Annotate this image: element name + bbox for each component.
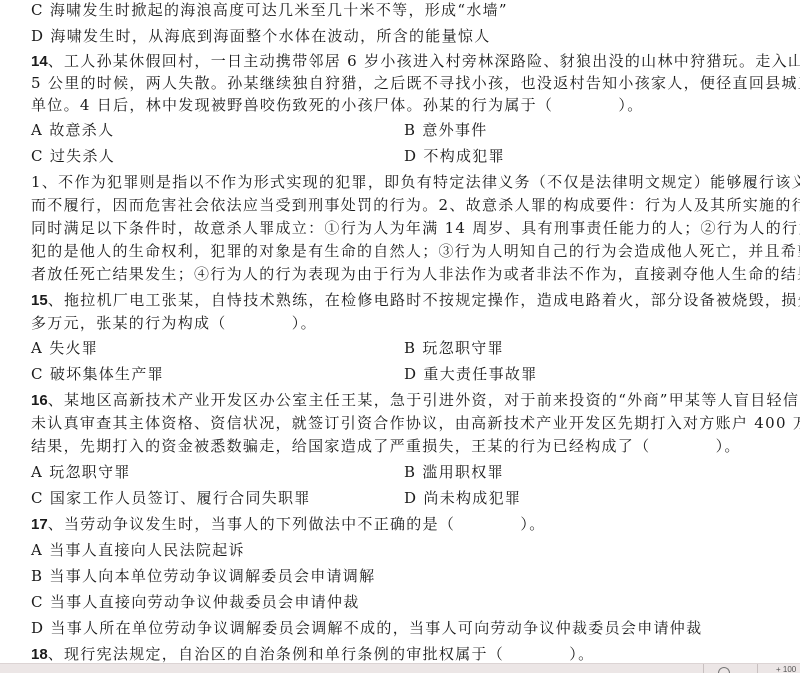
q15-stem-line-1: 15、拖拉机厂电工张某，自恃技术熟练，在检修电路时不按规定操作，造成电路着火，部… <box>31 290 800 311</box>
q17-option-d: D 当事人所在单位劳动争议调解委员会调解不成的，当事人可向劳动争议仲裁委员会申请… <box>31 618 702 638</box>
q17-option-a: A 当事人直接向人民法院起诉 <box>31 540 245 560</box>
status-separator <box>757 664 758 673</box>
question-number: 15 <box>31 292 48 309</box>
question-number: 16 <box>31 392 48 409</box>
q16-stem-line-3: 结果，先期打入的资金被悉数骗走，给国家造成了严重损失，王某的行为已经构成了（ ）… <box>31 436 741 456</box>
view-mode-icon[interactable] <box>718 667 730 673</box>
q16-option-b: B 滥用职权罪 <box>404 462 504 482</box>
q18-stem-line-1: 18、现行宪法规定，自治区的自治条例和单行条例的审批权属于（ ）。 <box>31 644 594 665</box>
q17-stem-line-1: 17、当劳动争议发生时，当事人的下列做法中不正确的是（ ）。 <box>31 514 546 535</box>
q14-stem-line-1: 14、工人孙某休假回村，一日主动携带邻居 6 岁小孩进入村旁林深路险、豺狼出没的… <box>31 51 800 72</box>
q17-option-c: C 当事人直接向劳动争议仲裁委员会申请仲裁 <box>31 592 360 612</box>
zoom-level[interactable]: + 100 <box>776 665 796 673</box>
q13-option-c: C 海啸发生时掀起的海浪高度可达几米至几十米不等，形成“水墙” <box>31 0 508 20</box>
q15-option-a: A 失火罪 <box>31 338 98 358</box>
q14-option-b: B 意外事件 <box>404 120 488 140</box>
q14-option-a: A 故意杀人 <box>31 120 114 140</box>
q15-stem-text: 、拖拉机厂电工张某，自恃技术熟练，在检修电路时不按规定操作，造成电路着火，部分设… <box>48 291 800 309</box>
q17-option-b: B 当事人向本单位劳动争议调解委员会申请调解 <box>31 566 375 586</box>
explanation-line-3: 同时满足以下条件时，故意杀人罪成立：①行为人为年满 14 周岁、具有刑事责任能力… <box>31 218 800 238</box>
q14-stem-line-3: 单位。4 日后，林中发现被野兽咬伤致死的小孩尸体。孙某的行为属于（ ）。 <box>31 95 644 115</box>
q14-option-d: D 不构成犯罪 <box>404 146 505 166</box>
q16-option-a: A 玩忽职守罪 <box>31 462 131 482</box>
explanation-line-4: 犯的是他人的生命权利，犯罪的对象是有生命的自然人；③行为人明知自己的行为会造成他… <box>31 241 800 261</box>
question-number: 14 <box>31 53 48 70</box>
q16-stem-line-2: 未认真审查其主体资格、资信状况，就签订引资合作协议，由高新技术产业开发区先期打入… <box>31 413 800 433</box>
q16-stem-line-1: 16、某地区高新技术产业开发区办公室主任王某，急于引进外资，对于前来投资的“外商… <box>31 390 800 411</box>
q18-stem-text: 、现行宪法规定，自治区的自治条例和单行条例的审批权属于（ ）。 <box>48 645 595 663</box>
q15-stem-line-2: 多万元，张某的行为构成（ ）。 <box>31 313 317 333</box>
q13-option-d: D 海啸发生时，从海底到海面整个水体在波动，所含的能量惊人 <box>31 26 491 46</box>
q16-option-c: C 国家工作人员签订、履行合同失职罪 <box>31 488 311 508</box>
question-number: 18 <box>31 646 48 663</box>
status-separator <box>703 664 704 673</box>
q16-stem-text: 、某地区高新技术产业开发区办公室主任王某，急于引进外资，对于前来投资的“外商”甲… <box>48 391 800 409</box>
q15-option-c: C 破坏集体生产罪 <box>31 364 164 384</box>
explanation-line-1: 1、不作为犯罪则是指以不作为形式实现的犯罪，即负有特定法律义务（不仅是法律明文规… <box>31 172 800 192</box>
explanation-line-5: 者放任死亡结果发生；④行为人的行为表现为由于行为人非法作为或者非法不作为，直接剥… <box>31 264 800 284</box>
question-number: 17 <box>31 516 48 533</box>
explanation-line-2: 而不履行，因而危害社会依法应当受到刑事处罚的行为。2、故意杀人罪的构成要件：行为… <box>31 195 800 215</box>
q14-stem-line-2: 5 公里的时候，两人失散。孙某继续独自狩猎，之后既不寻找小孩，也没返村告知小孩家… <box>31 73 800 93</box>
status-bar: + 100 <box>0 663 800 673</box>
q15-option-d: D 重大责任事故罪 <box>404 364 538 384</box>
q15-option-b: B 玩忽职守罪 <box>404 338 504 358</box>
q16-option-d: D 尚未构成犯罪 <box>404 488 521 508</box>
q14-option-c: C 过失杀人 <box>31 146 115 166</box>
q17-stem-text: 、当劳动争议发生时，当事人的下列做法中不正确的是（ ）。 <box>48 515 546 533</box>
q14-stem-text: 、工人孙某休假回村，一日主动携带邻居 6 岁小孩进入村旁林深路险、豺狼出没的山林… <box>48 52 800 70</box>
